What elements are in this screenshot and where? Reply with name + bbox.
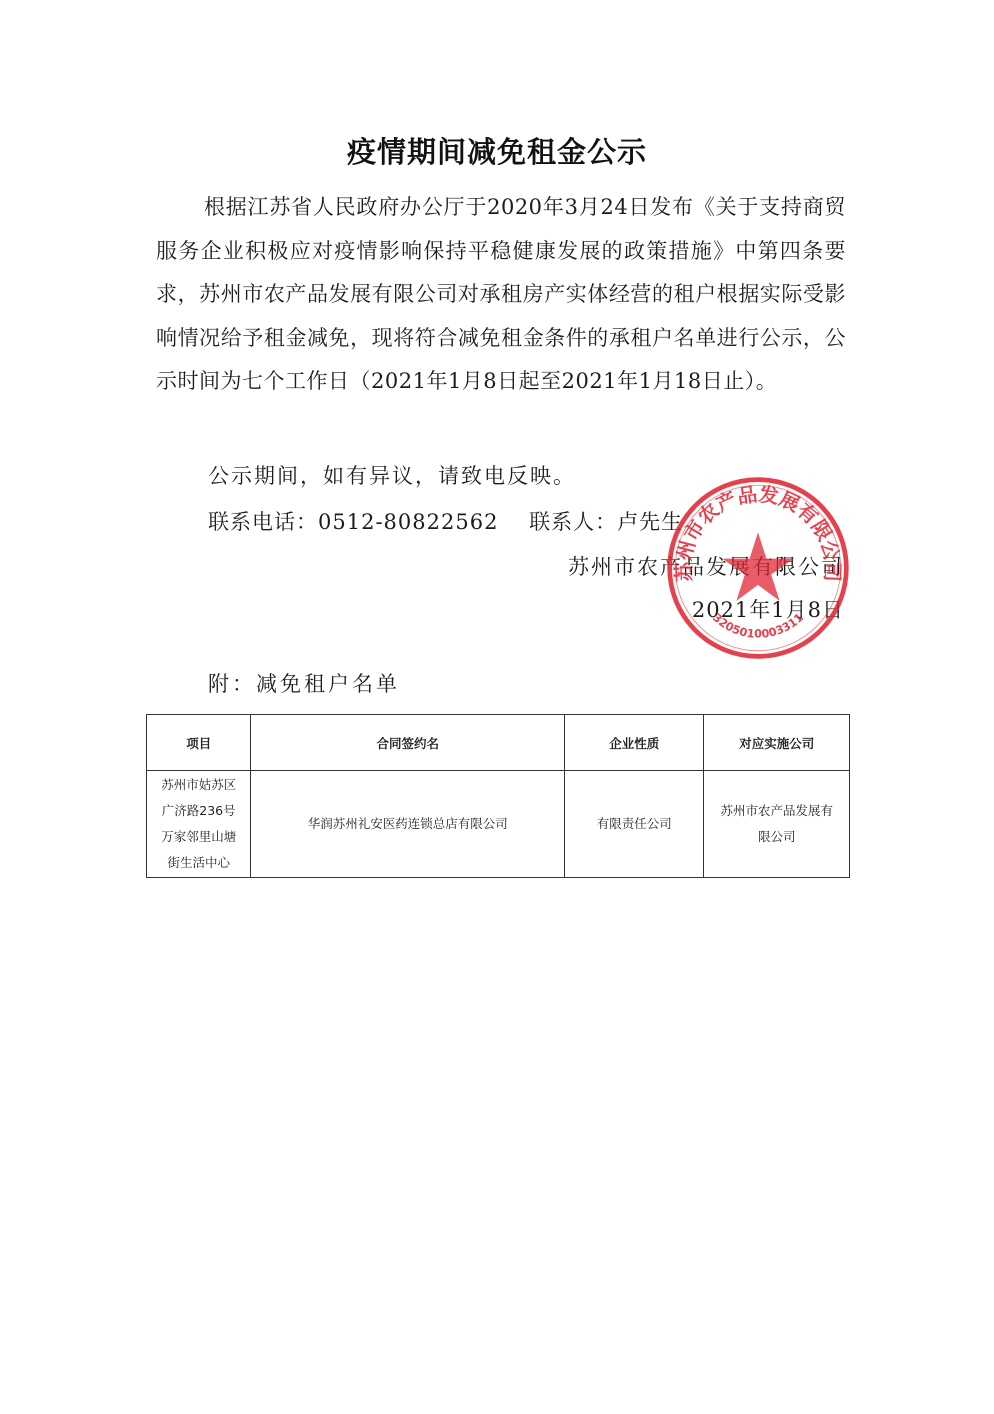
cell-implementing-company: 苏州市农产品发展有限公司 (704, 771, 850, 878)
company-seal-icon: 苏州市农产品发展有限公司 3205010003311 (664, 474, 852, 662)
header-project: 项目 (147, 715, 251, 771)
cell-enterprise-type: 有限责任公司 (565, 771, 704, 878)
cell-contract-name: 华润苏州礼安医药连锁总店有限公司 (251, 771, 565, 878)
header-contract-name: 合同签约名 (251, 715, 565, 771)
attachment-label: 附：减免租户名单 (208, 668, 400, 698)
cell-project: 苏州市姑苏区广济路236号万家邻里山塘街生活中心 (147, 771, 251, 878)
contact-info: 联系电话：0512-80822562 联系人：卢先生 (208, 506, 683, 536)
seal-code: 3205010003311 (710, 611, 806, 641)
table-row: 苏州市姑苏区广济路236号万家邻里山塘街生活中心 华润苏州礼安医药连锁总店有限公… (147, 771, 850, 878)
header-enterprise-type: 企业性质 (565, 715, 704, 771)
svg-text:3205010003311: 3205010003311 (710, 611, 806, 641)
table-header-row: 项目 合同签约名 企业性质 对应实施公司 (147, 715, 850, 771)
objection-notice: 公示期间，如有异议，请致电反映。 (208, 460, 576, 490)
body-paragraph: 根据江苏省人民政府办公厅于2020年3月24日发布《关于支持商贸服务企业积极应对… (156, 186, 846, 404)
header-implementing-company: 对应实施公司 (704, 715, 850, 771)
document-title: 疫情期间减免租金公示 (0, 130, 994, 171)
tenant-list-table: 项目 合同签约名 企业性质 对应实施公司 苏州市姑苏区广济路236号万家邻里山塘… (146, 714, 850, 878)
